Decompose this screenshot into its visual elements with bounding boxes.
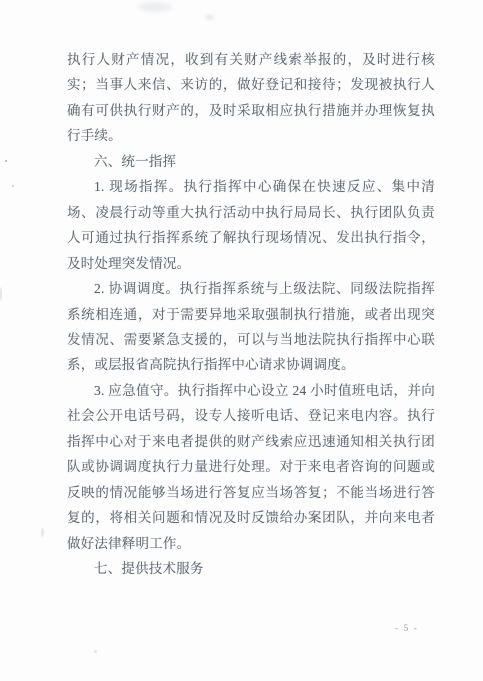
section-heading-seven: 七、提供技术服务 — [67, 556, 435, 581]
paragraph-item-3-emergency-duty: 3. 应急值守。执行指挥中心设立 24 小时值班电话，并向社会公开电话号码，设专… — [67, 378, 435, 556]
document-page: 执行人财产情况，收到有关财产线索举报的，及时进行核实；当事人来信、来访的，做好登… — [0, 0, 483, 681]
page-number: - 5 - — [395, 624, 418, 634]
scan-speckle — [0, 287, 2, 301]
scan-speckle — [12, 185, 14, 187]
scan-speckle — [5, 160, 7, 162]
section-heading-six: 六、统一指挥 — [67, 149, 435, 174]
paragraph-item-1-onsite-command: 1. 现场指挥。执行指挥中心确保在快速反应、集中清场、凌晨行动等重大执行活动中执… — [67, 174, 435, 276]
scan-smudge — [205, 15, 214, 20]
scan-speckle — [94, 650, 97, 653]
document-body: 执行人财产情况，收到有关财产线索举报的，及时进行核实；当事人来信、来访的，做好登… — [67, 47, 435, 582]
scan-smudge — [138, 2, 172, 12]
scan-speckle — [41, 528, 44, 537]
paragraph-continuation: 执行人财产情况，收到有关财产线索举报的，及时进行核实；当事人来信、来访的，做好登… — [67, 47, 435, 149]
paragraph-item-2-coordination: 2. 协调调度。执行指挥系统与上级法院、同级法院指挥系统相连通，对于需要异地采取… — [67, 276, 435, 378]
